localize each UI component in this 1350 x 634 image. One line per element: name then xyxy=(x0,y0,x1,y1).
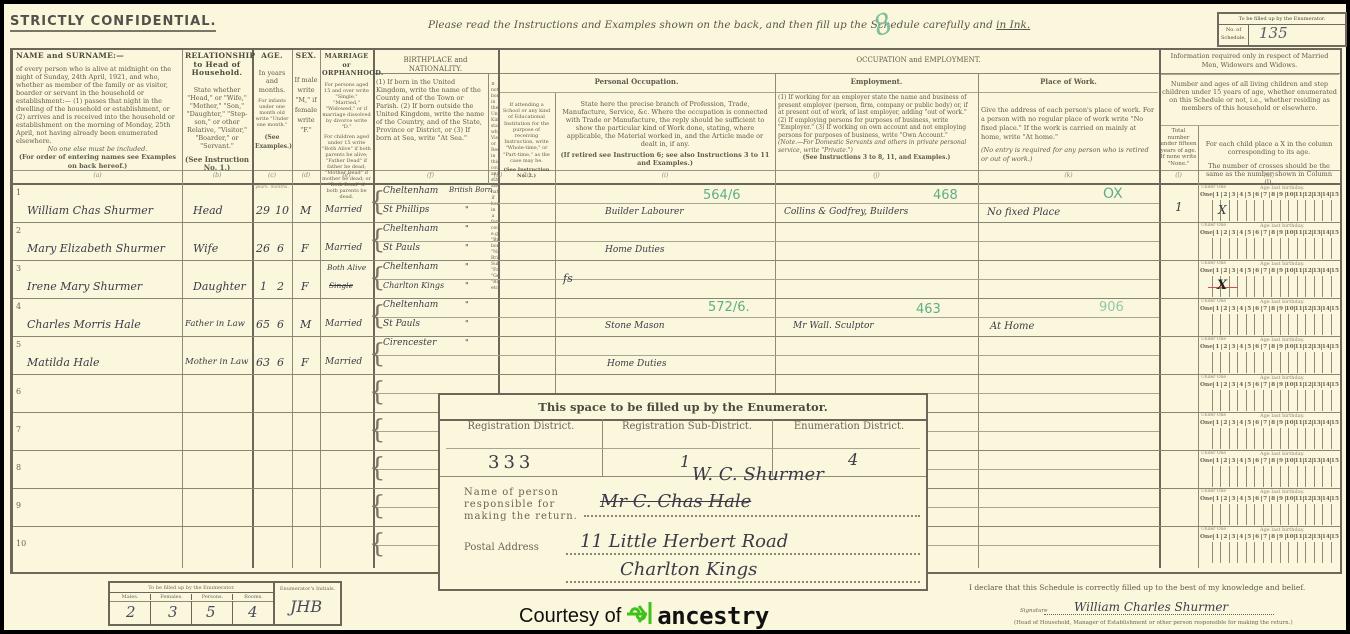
col-m-header: For each child place a X in the column c… xyxy=(1198,140,1340,186)
age-months: 6 xyxy=(277,318,284,331)
child-age-grid: Under OneAge last birthday. One123456789… xyxy=(1200,375,1339,412)
person-name: Matilda Hale xyxy=(27,356,100,369)
occupation-code: 564/6 xyxy=(703,188,740,203)
males-count: 2 xyxy=(126,603,136,621)
marriage-status: Married xyxy=(325,205,362,215)
sex: F xyxy=(301,242,309,255)
age-months: 2 xyxy=(277,280,284,293)
col-h-header: If attending a School or any kind of Edu… xyxy=(498,102,555,179)
birthplace-town: St Pauls xyxy=(383,319,420,329)
child-cross-mark: X xyxy=(1217,278,1227,293)
marriage-status: Married xyxy=(325,243,362,253)
registration-subdistrict: 1 xyxy=(680,452,690,471)
occupation-code: 572/6. xyxy=(708,300,750,315)
married-children-text: Number and ages of all living children a… xyxy=(1159,80,1340,112)
employer: Mr Wall. Sculptor xyxy=(793,321,874,331)
declaration-text: I declare that this Schedule is correctl… xyxy=(969,583,1305,592)
col-a-header: NAME and SURNAME:— of every person who i… xyxy=(13,52,182,170)
marriage-status: Married xyxy=(325,357,362,367)
child-age-grid: Under OneAge last birthday. One123456789… xyxy=(1200,261,1339,298)
females-count: 3 xyxy=(168,603,178,621)
age-years: 26 xyxy=(256,242,270,255)
instructions-line: Please read the Instructions and Example… xyxy=(428,19,1030,31)
person-name: Irene Mary Shurmer xyxy=(27,280,142,293)
place-of-work: At Home xyxy=(990,321,1034,332)
enumerator-initials: JHB xyxy=(290,597,322,616)
sex: M xyxy=(300,204,311,217)
nationality: " xyxy=(465,262,469,271)
pencil-annotation: 8 xyxy=(869,6,897,43)
col-d-header: SEX. If male write "M," if female write … xyxy=(292,52,320,135)
col-i-header: State here the precise branch of Profess… xyxy=(555,100,775,167)
child-cross-mark: X xyxy=(1218,203,1227,217)
school-mark: fs xyxy=(563,272,573,285)
col-j-header: (1) If working for an employer state the… xyxy=(775,94,978,162)
responsible-person-label: Name of person responsible for making th… xyxy=(464,487,584,523)
nationality: " xyxy=(465,338,469,347)
age-months: 6 xyxy=(277,356,284,369)
employer-code: 468 xyxy=(933,188,958,203)
child-age-grid: Under OneAge last birthday. One123456789… xyxy=(1200,527,1339,564)
col-k-header: Give the address of each person's place … xyxy=(978,106,1159,164)
person-name: William Chas Shurmer xyxy=(27,204,153,217)
work-code: 906 xyxy=(1099,300,1124,315)
age-years: 63 xyxy=(256,356,270,369)
child-age-grid: Under OneAge last birthday. One123456789… xyxy=(1200,223,1339,260)
nationality: " xyxy=(465,300,469,309)
marriage-status: Both Alive xyxy=(327,263,366,272)
col-c-header: AGE. In years and months. For infants un… xyxy=(252,52,292,151)
occupation: Builder Labourer xyxy=(605,207,684,217)
birthplace-group-header: BIRTHPLACE and NATIONALITY. xyxy=(373,56,498,73)
sex: F xyxy=(301,280,309,293)
birthplace-county: Cheltenham xyxy=(383,224,438,234)
confidential-heading: STRICTLY CONFIDENTIAL. xyxy=(10,14,216,32)
responsible-person-struck: Mr C. Chas Hale xyxy=(600,491,751,512)
relationship: Mother in Law xyxy=(185,357,248,367)
enumerator-box: This space to be filled up by the Enumer… xyxy=(438,393,928,591)
birthplace-town: St Pauls xyxy=(383,243,420,253)
sex: M xyxy=(300,318,311,331)
relationship: Wife xyxy=(193,242,218,255)
postal-address-label: Postal Address xyxy=(464,542,539,554)
place-of-work-header: Place of Work. xyxy=(978,78,1159,87)
child-age-grid: Under OneAge last birthday. One123456789… xyxy=(1200,489,1339,526)
signature: William Charles Shurmer xyxy=(1044,600,1274,615)
nationality: British Born xyxy=(449,186,492,194)
ancestry-brand: ancestry xyxy=(657,602,769,630)
child-age-grid: Under OneAge last birthday. One123456789… xyxy=(1200,413,1339,450)
employer: Collins & Godfrey, Builders xyxy=(784,207,908,217)
col-f-header: (1) If born in the United Kingdom, write… xyxy=(373,78,488,142)
personal-occupation-header: Personal Occupation. xyxy=(498,78,775,87)
relationship: Father in Law xyxy=(185,319,245,329)
nationality: " xyxy=(465,224,469,233)
occupation: Stone Mason xyxy=(605,321,665,331)
birthplace-county: Cheltenham xyxy=(383,300,438,310)
postal-address-line2: Charlton Kings xyxy=(620,559,757,580)
work-code: OX xyxy=(1103,186,1123,202)
enumeration-district: 4 xyxy=(848,450,858,469)
ancestry-watermark: Courtesy of ancestry xyxy=(519,601,769,631)
birthplace-county: Cheltenham xyxy=(383,262,438,272)
birthplace-town: Charlton Kings xyxy=(383,281,444,290)
relationship: Head xyxy=(193,204,223,217)
age-months: 6 xyxy=(277,242,284,255)
child-age-grid: Under OneAge last birthday. One123456789… xyxy=(1200,337,1339,374)
place-of-work: No fixed Place xyxy=(987,207,1060,218)
ancestry-leaf-icon xyxy=(625,601,655,631)
child-age-grid: Under OneAge last birthday. One123456789… xyxy=(1200,451,1339,488)
person-name: Charles Morris Hale xyxy=(27,318,141,331)
schedule-number-box: To be filled up by the Enumerator. No. o… xyxy=(1217,12,1347,47)
birthplace-county: Cirencester xyxy=(383,338,436,348)
birthplace-town: St Phillips xyxy=(383,205,429,215)
age-years: 1 xyxy=(260,280,267,293)
occupation: Home Duties xyxy=(605,245,664,255)
person-name: Mary Elizabeth Shurmer xyxy=(27,242,165,255)
col-l-header: Total number under fifteen years of age.… xyxy=(1159,128,1198,167)
enumerator-tally-box: To be filled up by the Enumerator. Enume… xyxy=(108,581,342,626)
rooms-count: 4 xyxy=(248,603,258,621)
age-years: 65 xyxy=(256,318,270,331)
married-group-header: Information required only in respect of … xyxy=(1159,52,1340,69)
registration-district: 333 xyxy=(488,452,534,473)
responsible-person-name: W. C. Shurmer xyxy=(692,464,824,485)
employment-header: Employment. xyxy=(775,78,978,87)
age-months: 10 xyxy=(275,204,289,217)
census-schedule: STRICTLY CONFIDENTIAL. Please read the I… xyxy=(4,4,1346,630)
postal-address-line1: 11 Little Herbert Road xyxy=(580,531,788,552)
signature-note: (Head of Household, Manager of Establish… xyxy=(1014,620,1293,626)
child-age-grid: Under OneAge last birthday. One123456789… xyxy=(1200,299,1339,336)
marriage-status: Married xyxy=(325,319,362,329)
sex: F xyxy=(301,356,309,369)
marriage-struck: Single xyxy=(329,281,353,290)
age-years: 29 xyxy=(256,204,270,217)
occupation: Home Duties xyxy=(607,359,666,369)
employer-code: 463 xyxy=(916,302,941,317)
schedule-number: 135 xyxy=(1259,24,1288,42)
birthplace-county: Cheltenham xyxy=(383,186,438,196)
child-age-grid: Under One Age last birthday. One12345678… xyxy=(1200,185,1339,222)
col-b-header: RELATIONSHIP to Head of Household. State… xyxy=(182,52,252,173)
relationship: Daughter xyxy=(193,280,246,293)
persons-count: 5 xyxy=(206,603,216,621)
children-total: 1 xyxy=(1175,200,1183,214)
